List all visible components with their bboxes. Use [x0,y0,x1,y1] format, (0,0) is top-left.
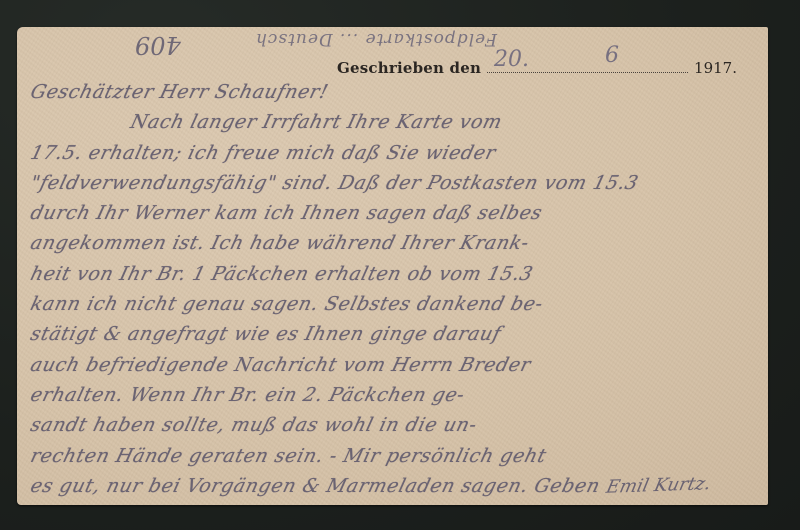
upside-down-note: Feldpostkarte ... Deutsch [187,29,497,49]
letter-line: 17.5. erhalten; ich freue mich daß Sie w… [27,138,760,168]
postcard: 409 Feldpostkarte ... Deutsch Geschriebe… [17,27,768,505]
letter-line: stätigt & angefragt wie es Ihnen ginge d… [27,319,760,349]
page-background: 409 Feldpostkarte ... Deutsch Geschriebe… [0,0,800,530]
upside-down-number: 409 [135,31,181,59]
letter-line: rechten Hände geraten sein. - Mir persön… [27,441,760,471]
date-day: 20. [494,47,529,72]
letter-line: Geschätzter Herr Schaufner! [27,77,760,107]
letter-line: sandt haben sollte, muß das wohl in die … [27,410,760,440]
letter-line: kann ich nicht genau sagen. Selbstes dan… [27,289,760,319]
letter-line: erhalten. Wenn Ihr Br. ein 2. Päckchen g… [27,380,760,410]
signature: Emil Kurtz. [604,473,712,498]
letter-body: Geschätzter Herr Schaufner! Nach langer … [31,77,756,505]
letter-line: Nach langer Irrfahrt Ihre Karte vom [27,107,760,137]
letter-line: "feldverwendungsfähig" sind. Daß der Pos… [27,168,760,198]
date-label: Geschrieben den [337,59,481,77]
letter-line: auch befriedigende Nachricht vom Herrn B… [27,350,760,380]
date-month: 6 [605,43,619,68]
letter-line: sich nicht anders für heute. freundlich … [27,501,760,505]
letter-line: durch Ihr Werner kam ich Ihnen sagen daß… [27,198,760,228]
date-year: 1917. [694,59,737,77]
letter-line: angekommen ist. Ich habe während Ihrer K… [27,228,760,258]
letter-line: heit von Ihr Br. 1 Päckchen erhalten ob … [27,259,760,289]
